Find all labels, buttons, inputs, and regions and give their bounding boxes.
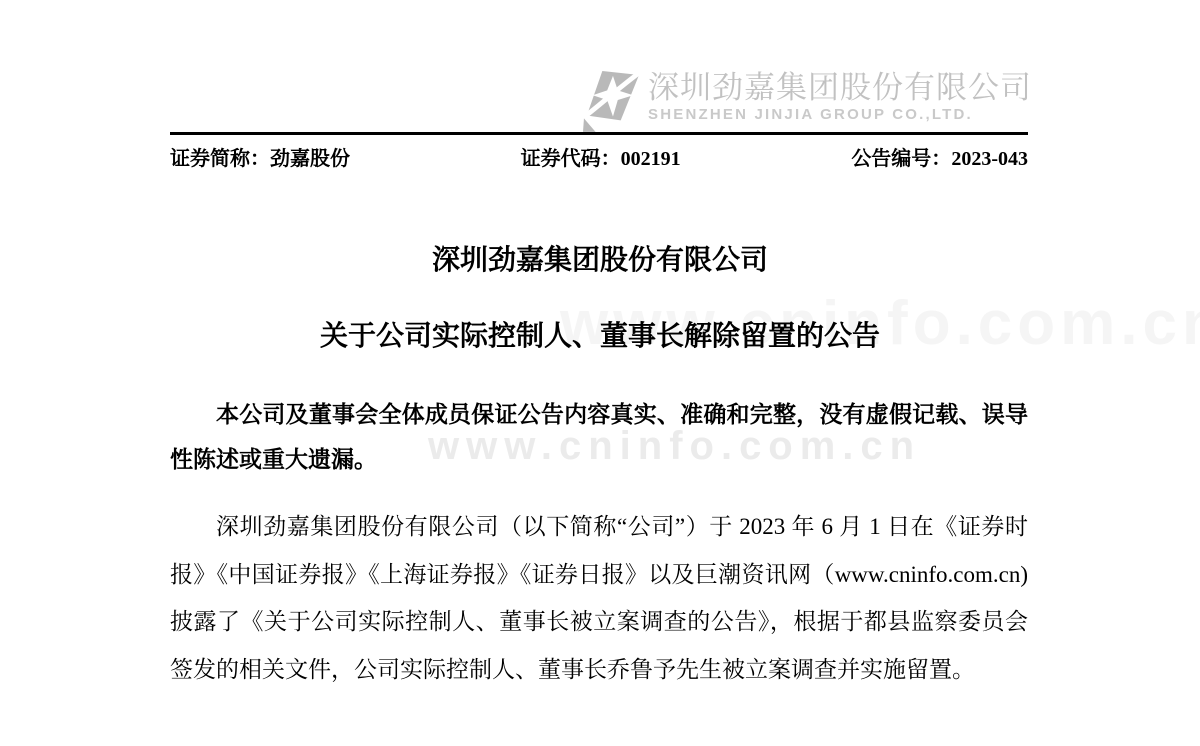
meta-announcement-no-label: 公告编号：	[851, 148, 951, 170]
announcement-page: www.cninfo.com.cn www.cninfo.com.cn 深圳劲嘉…	[0, 0, 1200, 746]
meta-announcement-no: 公告编号：2023-043	[851, 146, 1028, 172]
company-title: 深圳劲嘉集团股份有限公司	[0, 244, 1200, 276]
header-rule	[170, 132, 1028, 135]
jinjia-star-logo-icon	[583, 70, 641, 137]
meta-stock-name-value: 劲嘉股份	[270, 148, 350, 170]
meta-stock-code: 证券代码：002191	[521, 146, 681, 172]
body-paragraph: 深圳劲嘉集团股份有限公司（以下简称“公司”）于 2023 年 6 月 1 日在《…	[170, 503, 1028, 693]
meta-stock-name: 证券简称：劲嘉股份	[170, 146, 350, 172]
securities-meta-row: 证券简称：劲嘉股份 证券代码：002191 公告编号：2023-043	[170, 146, 1028, 172]
logo-name-en: SHENZHEN JINJIA GROUP CO.,LTD.	[648, 106, 1032, 124]
meta-stock-name-label: 证券简称：	[170, 148, 270, 170]
company-logo-text: 深圳劲嘉集团股份有限公司 SHENZHEN JINJIA GROUP CO.,L…	[648, 70, 1032, 124]
meta-stock-code-value: 002191	[621, 148, 681, 170]
announcement-title: 关于公司实际控制人、董事长解除留置的公告	[0, 320, 1200, 352]
logo-name-cn: 深圳劲嘉集团股份有限公司	[648, 70, 1032, 106]
meta-stock-code-label: 证券代码：	[521, 148, 621, 170]
company-logo: 深圳劲嘉集团股份有限公司 SHENZHEN JINJIA GROUP CO.,L…	[583, 70, 1032, 137]
meta-announcement-no-value: 2023-043	[951, 148, 1028, 170]
disclaimer-paragraph: 本公司及董事会全体成员保证公告内容真实、准确和完整，没有虚假记载、误导性陈述或重…	[170, 392, 1028, 482]
